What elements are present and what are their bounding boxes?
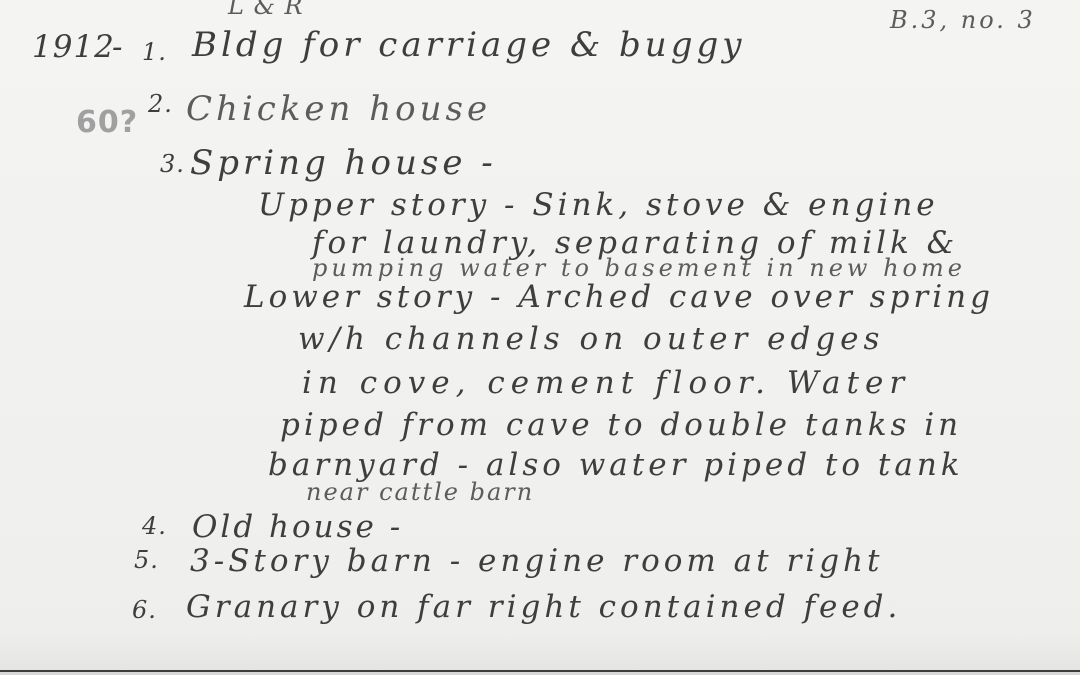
item-number: 6. (132, 598, 157, 622)
detail-line: in cove, cement floor. Water (302, 368, 910, 399)
year-dash: - (112, 32, 123, 63)
item-text: Granary on far right contained feed. (186, 592, 901, 623)
item-text: Old house - (192, 512, 403, 543)
detail-line: w/h channels on outer edges (298, 324, 884, 355)
reference-number: B.3, no. 3 (890, 8, 1036, 32)
detail-line: piped from cave to double tanks in (280, 410, 962, 441)
year: 1912 (32, 32, 115, 63)
initials: L & R (228, 0, 304, 18)
item-number: 1. (142, 40, 167, 64)
detail-line: barnyard - also water piped to tank (268, 450, 964, 481)
index-card: L & R 1912 - B.3, no. 3 60? 1. Bldg for … (0, 0, 1080, 672)
detail-line: Lower story - Arched cave over spring (244, 282, 994, 313)
item-text: Spring house - (190, 146, 497, 180)
item-number: 4. (142, 514, 167, 538)
item-number: 3. (160, 152, 185, 176)
margin-note: 60? (76, 108, 138, 138)
detail-line: pumping water to basement in new home (312, 256, 966, 280)
item-number: 2. (148, 92, 173, 116)
item-number: 5. (134, 548, 159, 572)
item-text: Bldg for carriage & buggy (192, 28, 745, 62)
item-text: 3-Story barn - engine room at right (190, 546, 883, 577)
detail-line: Upper story - Sink, stove & engine (258, 190, 939, 221)
detail-line: near cattle barn (306, 480, 534, 504)
item-text: Chicken house (186, 92, 491, 126)
